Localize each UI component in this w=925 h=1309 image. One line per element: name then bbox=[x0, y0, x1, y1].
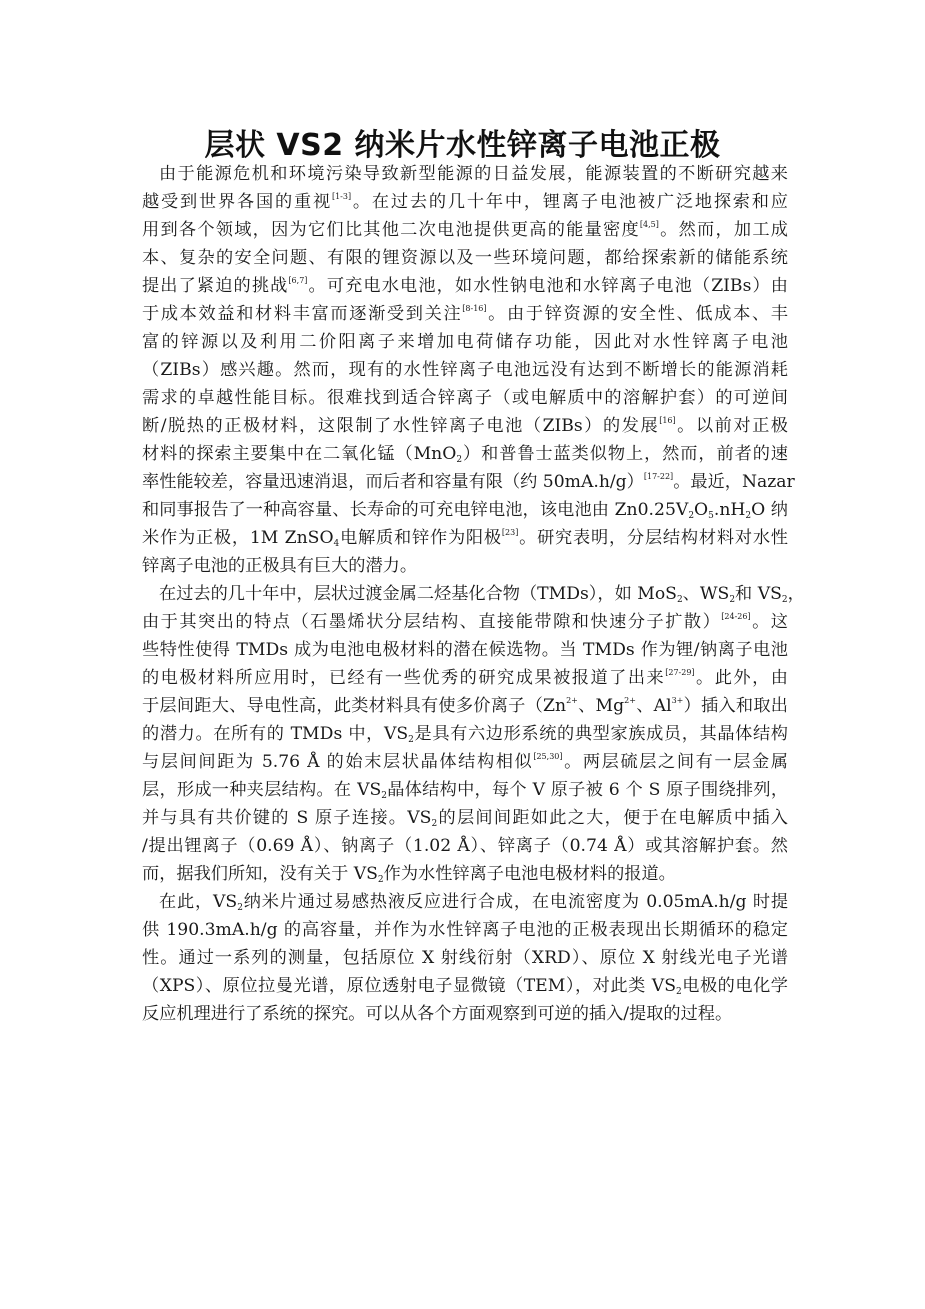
text-run: 于层间距大、导电性高，此类材料具有使多价离子（Zn bbox=[142, 696, 566, 716]
text-line: 提出了紧迫的挑战[6,7]。可充电水电池，如水性钠电池和水锌离子电池（ZIBs）… bbox=[142, 272, 788, 300]
text-line: 富的锌源以及利用二价阳离子来增加电荷储存功能，因此对水性锌离子电池 bbox=[142, 328, 788, 356]
text-run: 层，形成一种夹层结构。在 VS bbox=[142, 780, 381, 800]
text-run: 。在过去的几十年中，锂离子电池被广泛地探索和应 bbox=[351, 192, 788, 212]
text-line: 米作为正极，1M ZnSO4电解质和锌作为阳极[23]。研究表明，分层结构材料对… bbox=[142, 524, 788, 552]
text-line: 锌离子电池的正极具有巨大的潜力。 bbox=[142, 552, 788, 580]
text-run: 、WS bbox=[683, 584, 730, 604]
citation-superscript: [23] bbox=[502, 528, 518, 537]
citation-superscript: [8-16] bbox=[462, 304, 486, 313]
citation-superscript: 3+ bbox=[672, 696, 684, 705]
text-run: 和同事报告了一种高容量、长寿命的可充电锌电池，该电池由 Zn0.25V bbox=[142, 500, 688, 520]
text-run: 。最近，Nazar bbox=[673, 472, 795, 492]
text-run: 率性能较差，容量迅速消退，而后者和容量有限（约 50mA.h/g） bbox=[142, 472, 644, 492]
text-line: /提出锂离子（0.69 Å）、钠离子（1.02 Å）、锌离子（0.74 Å）或其… bbox=[142, 832, 788, 860]
citation-superscript: 2+ bbox=[624, 696, 636, 705]
citation-superscript: [24-26] bbox=[721, 612, 750, 621]
text-run: （XPS）、原位拉曼光谱，原位透射电子显微镜（TEM），对此类 VS bbox=[142, 976, 676, 996]
text-run: 作为水性锌离子电池电极材料的报道。 bbox=[384, 864, 676, 884]
text-line: 由于其突出的特点（石墨烯状分层结构、直接能带隙和快速分子扩散）[24-26]。这 bbox=[142, 608, 788, 636]
text-line: 反应机理进行了系统的探究。可以从各个方面观察到可逆的插入/提取的过程。 bbox=[142, 1000, 788, 1028]
text-line: 材料的探索主要集中在二氧化锰（MnO2）和普鲁士蓝类似物上，然而，前者的速 bbox=[142, 440, 788, 468]
text-run: 。可充电水电池，如水性钠电池和水锌离子电池（ZIBs）由 bbox=[307, 276, 788, 296]
text-line: 和同事报告了一种高容量、长寿命的可充电锌电池，该电池由 Zn0.25V2O5.n… bbox=[142, 496, 788, 524]
text-run: 、Mg bbox=[578, 696, 624, 716]
text-line: 供 190.3mA.h/g 的高容量，并作为水性锌离子电池的正极表现出长期循环的… bbox=[142, 916, 788, 944]
text-line: 些特性使得 TMDs 成为电池电极材料的潜在候选物。当 TMDs 作为锂/钠离子… bbox=[142, 636, 788, 664]
text-line: 于成本效益和材料丰富而逐渐受到关注[8-16]。由于锌资源的安全性、低成本、丰 bbox=[142, 300, 788, 328]
text-run: 。两层硫层之间有一层金属 bbox=[563, 752, 789, 772]
text-run: 于成本效益和材料丰富而逐渐受到关注 bbox=[142, 304, 462, 324]
text-run: 。然而，加工成 bbox=[659, 220, 788, 240]
text-run: 本、复杂的安全问题、有限的锂资源以及一些环境问题，都给探索新的储能系统 bbox=[142, 248, 788, 268]
text-line: 由于能源危机和环境污染导致新型能源的日益发展，能源装置的不断研究越来 bbox=[142, 160, 788, 188]
text-line: 越受到世界各国的重视[1-3]。在过去的几十年中，锂离子电池被广泛地探索和应 bbox=[142, 188, 788, 216]
text-line: 在过去的几十年中，层状过渡金属二烃基化合物（TMDs），如 MoS2、WS2和 … bbox=[142, 580, 788, 608]
text-run: 提出了紧迫的挑战 bbox=[142, 276, 288, 296]
text-run: 的潜力。在所有的 TMDs 中，VS bbox=[142, 724, 408, 744]
text-run: O 纳 bbox=[751, 500, 788, 520]
text-run: 纳米片通过易感热液反应进行合成，在电流密度为 0.05mA.h/g 时提 bbox=[243, 892, 788, 912]
text-line: 的潜力。在所有的 TMDs 中，VS2是具有六边形系统的典型家族成员，其晶体结构 bbox=[142, 720, 788, 748]
text-line: 的电极材料所应用时，已经有一些优秀的研究成果被报道了出来[27-29]。此外，由 bbox=[142, 664, 788, 692]
citation-superscript: [17-22] bbox=[644, 472, 673, 481]
citation-superscript: 2+ bbox=[566, 696, 578, 705]
citation-superscript: [1-3] bbox=[332, 192, 351, 201]
text-run: 越受到世界各国的重视 bbox=[142, 192, 332, 212]
text-run: 。研究表明，分层结构材料对水性 bbox=[518, 528, 788, 548]
text-run: 由于能源危机和环境污染导致新型能源的日益发展，能源装置的不断研究越来 bbox=[159, 164, 788, 184]
text-run: 的电极材料所应用时，已经有一些优秀的研究成果被报道了出来 bbox=[142, 668, 665, 688]
text-line: 而，据我们所知，没有关于 VS2作为水性锌离子电池电极材料的报道。 bbox=[142, 860, 788, 888]
text-run: 和 VS bbox=[735, 584, 782, 604]
text-run: .nH bbox=[714, 500, 746, 520]
text-run: 富的锌源以及利用二价阳离子来增加电荷储存功能，因此对水性锌离子电池 bbox=[142, 332, 788, 352]
text-line: 断/脱热的正极材料，这限制了水性锌离子电池（ZIBs）的发展[16]。以前对正极 bbox=[142, 412, 788, 440]
text-run: 电解质和锌作为阳极 bbox=[339, 528, 502, 548]
text-line: 于层间距大、导电性高，此类材料具有使多价离子（Zn2+、Mg2+、Al3+）插入… bbox=[142, 692, 788, 720]
text-run: ）插入和取出 bbox=[683, 696, 788, 716]
text-run: 晶体结构中，每个 V 原子被 6 个 S 原子围绕排列， bbox=[387, 780, 788, 800]
text-run: 。这 bbox=[751, 612, 788, 632]
document-page: 层状 VS2 纳米片水性锌离子电池正极 由于能源危机和环境污染导致新型能源的日益… bbox=[0, 0, 925, 1309]
text-run: 。以前对正极 bbox=[676, 416, 788, 436]
text-run: 在此，VS bbox=[159, 892, 237, 912]
text-run: （ZIBs）感兴趣。然而，现有的水性锌离子电池远没有达到不断增长的能源消耗 bbox=[142, 360, 788, 380]
text-run: 的层间间距如此之大，便于在电解质中插入 bbox=[437, 808, 788, 828]
text-run: 由于其突出的特点（石墨烯状分层结构、直接能带隙和快速分子扩散） bbox=[142, 612, 721, 632]
text-run: 性。通过一系列的测量，包括原位 X 射线衍射（XRD）、原位 X 射线光电子光谱 bbox=[142, 948, 788, 968]
text-run: 锌离子电池的正极具有巨大的潜力。 bbox=[142, 556, 417, 576]
text-run: 供 190.3mA.h/g 的高容量，并作为水性锌离子电池的正极表现出长期循环的… bbox=[142, 920, 788, 940]
citation-superscript: [25,30] bbox=[533, 752, 562, 761]
text-run: 米作为正极，1M ZnSO bbox=[142, 528, 334, 548]
text-run: ）和普鲁士蓝类似物上，然而，前者的速 bbox=[462, 444, 788, 464]
text-run: 些特性使得 TMDs 成为电池电极材料的潜在候选物。当 TMDs 作为锂/钠离子… bbox=[142, 640, 788, 660]
text-run: 反应机理进行了系统的探究。可以从各个方面观察到可逆的插入/提取的过程。 bbox=[142, 1004, 732, 1024]
citation-superscript: [4,5] bbox=[640, 220, 659, 229]
text-run: O bbox=[694, 500, 708, 520]
text-run: /提出锂离子（0.69 Å）、钠离子（1.02 Å）、锌离子（0.74 Å）或其… bbox=[142, 836, 788, 856]
text-line: 本、复杂的安全问题、有限的锂资源以及一些环境问题，都给探索新的储能系统 bbox=[142, 244, 788, 272]
text-run: 在过去的几十年中，层状过渡金属二烃基化合物（TMDs），如 MoS bbox=[159, 584, 677, 604]
citation-superscript: [16] bbox=[659, 416, 675, 425]
text-line: （ZIBs）感兴趣。然而，现有的水性锌离子电池远没有达到不断增长的能源消耗 bbox=[142, 356, 788, 384]
citation-superscript: [27-29] bbox=[665, 668, 694, 677]
text-run: 断/脱热的正极材料，这限制了水性锌离子电池（ZIBs）的发展 bbox=[142, 416, 659, 436]
text-run: ， bbox=[788, 584, 805, 604]
text-run: 而，据我们所知，没有关于 VS bbox=[142, 864, 378, 884]
text-line: （XPS）、原位拉曼光谱，原位透射电子显微镜（TEM），对此类 VS2电极的电化… bbox=[142, 972, 788, 1000]
text-line: 并与具有共价键的 S 原子连接。VS2的层间间距如此之大，便于在电解质中插入 bbox=[142, 804, 788, 832]
text-run: 是具有六边形系统的典型家族成员，其晶体结构 bbox=[414, 724, 788, 744]
text-line: 层，形成一种夹层结构。在 VS2晶体结构中，每个 V 原子被 6 个 S 原子围… bbox=[142, 776, 788, 804]
text-run: 需求的卓越性能目标。很难找到适合锌离子（或电解质中的溶解护套）的可逆间 bbox=[142, 388, 788, 408]
text-run: 用到各个领域，因为它们比其他二次电池提供更高的能量密度 bbox=[142, 220, 640, 240]
text-line: 率性能较差，容量迅速消退，而后者和容量有限（约 50mA.h/g）[17-22]… bbox=[142, 468, 788, 496]
text-run: 材料的探索主要集中在二氧化锰（MnO bbox=[142, 444, 456, 464]
text-run: 电极的电化学 bbox=[682, 976, 788, 996]
text-run: 。由于锌资源的安全性、低成本、丰 bbox=[487, 304, 788, 324]
citation-superscript: [6,7] bbox=[288, 276, 307, 285]
text-run: 与层间间距为 5.76 Å 的始末层状晶体结构相似 bbox=[142, 752, 533, 772]
text-line: 用到各个领域，因为它们比其他二次电池提供更高的能量密度[4,5]。然而，加工成 bbox=[142, 216, 788, 244]
text-run: 、Al bbox=[636, 696, 672, 716]
text-run: 。此外，由 bbox=[695, 668, 788, 688]
text-line: 需求的卓越性能目标。很难找到适合锌离子（或电解质中的溶解护套）的可逆间 bbox=[142, 384, 788, 412]
text-line: 性。通过一系列的测量，包括原位 X 射线衍射（XRD）、原位 X 射线光电子光谱 bbox=[142, 944, 788, 972]
text-line: 与层间间距为 5.76 Å 的始末层状晶体结构相似[25,30]。两层硫层之间有… bbox=[142, 748, 788, 776]
text-run: 并与具有共价键的 S 原子连接。VS bbox=[142, 808, 431, 828]
text-line: 在此，VS2纳米片通过易感热液反应进行合成，在电流密度为 0.05mA.h/g … bbox=[142, 888, 788, 916]
